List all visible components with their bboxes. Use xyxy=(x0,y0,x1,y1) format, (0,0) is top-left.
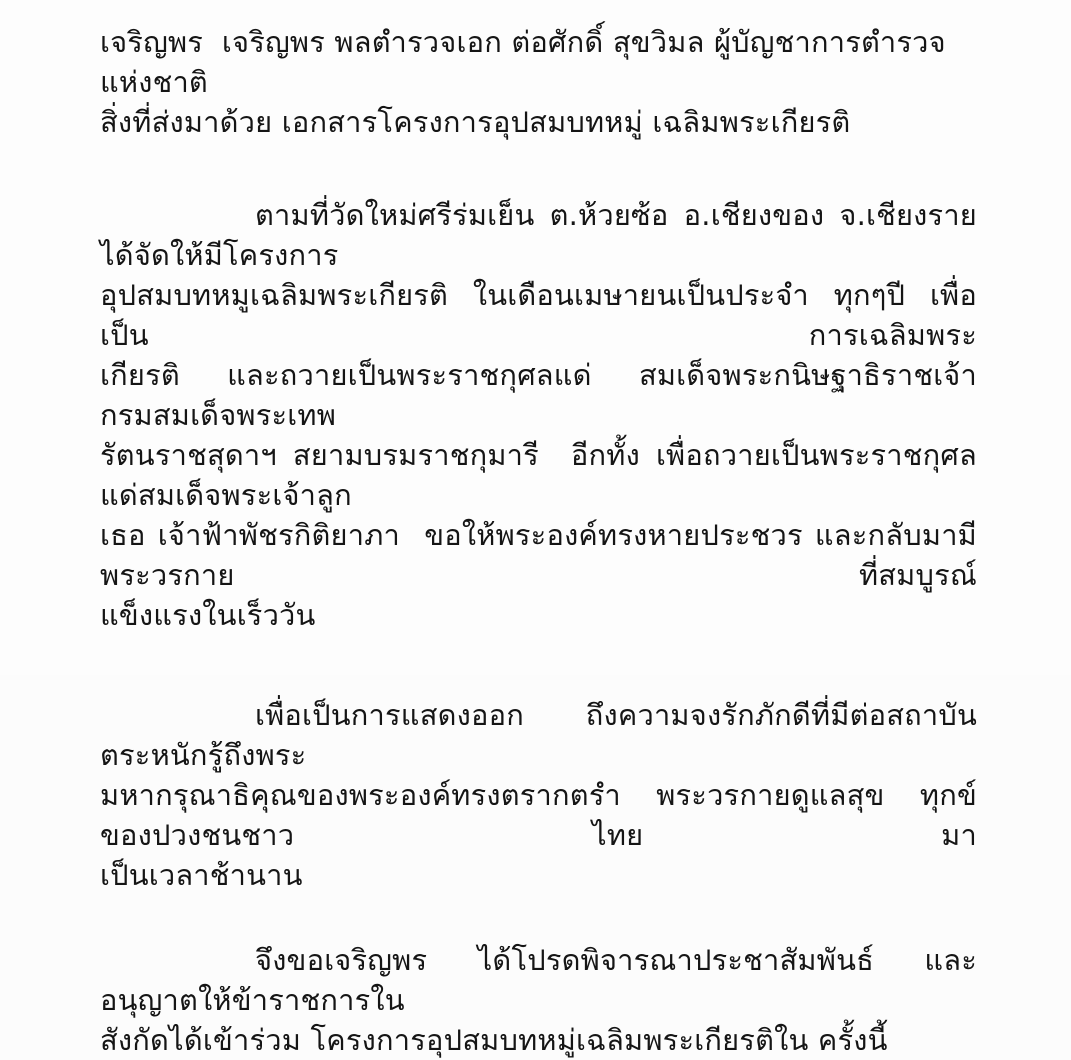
document-text-column: เจริญพร เจริญพร พลตำรวจเอก ต่อศักดิ์ สุข… xyxy=(100,0,977,675)
document-line: รัตนราชสุดาฯ สยามบรมราชกุมารี อีกทั้ง เพ… xyxy=(100,435,977,515)
document-line: อุปสมบทหมูเฉลิมพระเกียรติ ในเดือนเมษายนเ… xyxy=(100,275,977,355)
paragraph-project-background: ตามที่วัดใหม่ศรีร่มเย็น ต.ห้วยซ้อ อ.เชีย… xyxy=(100,195,977,635)
document-line: เกียรติ และถวายเป็นพระราชกุศลแด่ สมเด็จพ… xyxy=(100,355,977,435)
document-page: เจริญพร เจริญพร พลตำรวจเอก ต่อศักดิ์ สุข… xyxy=(0,0,1071,675)
letter-header: เจริญพร เจริญพร พลตำรวจเอก ต่อศักดิ์ สุข… xyxy=(100,22,977,142)
salutation-line: เจริญพร เจริญพร พลตำรวจเอก ต่อศักดิ์ สุข… xyxy=(100,22,977,102)
document-line: เธอ เจ้าฟ้าพัชรกิติยาภา ขอให้พระองค์ทรงห… xyxy=(100,515,977,595)
attachment-line: สิ่งที่ส่งมาด้วย เอกสารโครงการอุปสมบทหมู… xyxy=(100,102,977,142)
document-line: ตามที่วัดใหม่ศรีร่มเย็น ต.ห้วยซ้อ อ.เชีย… xyxy=(100,195,977,275)
document-line: แข็งแรงในเร็ววัน xyxy=(100,595,977,635)
